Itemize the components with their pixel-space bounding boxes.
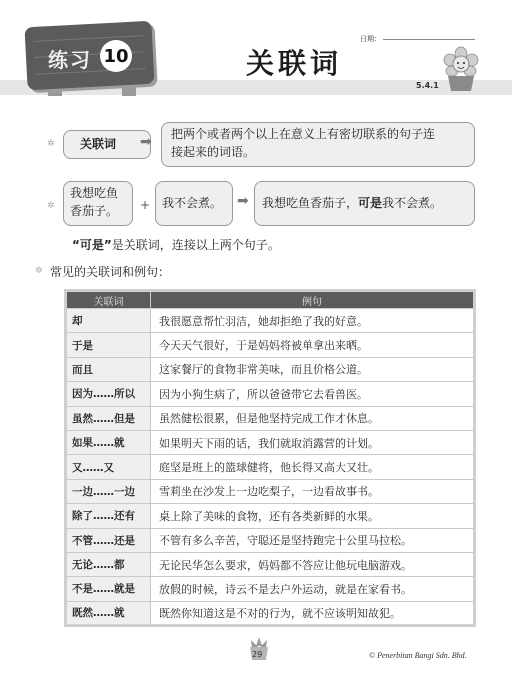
keyword-cell: 无论……都 <box>66 552 151 576</box>
example-cell: 放假的时候，诗云不是去户外运动，就是在家看书。 <box>151 577 475 601</box>
definition-line-1: 把两个或者两个以上在意义上有密切联系的句子连 <box>171 125 435 143</box>
syllabus-code: 5.4.1 <box>416 81 439 90</box>
table-row: 却我很愿意帮忙羽洁，她却拒绝了我的好意。 <box>66 309 475 333</box>
example-cell: 无论民华怎么要求，妈妈都不答应让他玩电脑游戏。 <box>151 552 475 576</box>
keyword-cell: 不管……还是 <box>66 528 151 552</box>
page-title: 关联词 <box>246 42 342 82</box>
table-row: 不是……就是放假的时候，诗云不是去户外运动，就是在家看书。 <box>66 577 475 601</box>
keyword-cell: 除了……还有 <box>66 504 151 528</box>
example-cell: 庭坚是班上的篮球健将，他长得又高大又壮。 <box>151 455 475 479</box>
definition-line-2: 接起来的词语。 <box>171 143 255 161</box>
bullet-icon: ✲ <box>47 201 55 211</box>
example-result: 我想吃鱼香茄子，可是我不会煮。 <box>262 194 442 212</box>
example-cell: 雪莉坐在沙发上一边吃梨子，一边看故事书。 <box>151 479 475 503</box>
example-cell: 如果明天下雨的话，我们就取消露营的计划。 <box>151 430 475 454</box>
table-row: 既然……就既然你知道这是不对的行为，就不应该明知故犯。 <box>66 601 475 625</box>
keyword-cell: 又……又 <box>66 455 151 479</box>
plus-sign: + <box>140 198 150 212</box>
conjunction-table: 关联词 例句 却我很愿意帮忙羽洁，她却拒绝了我的好意。 于是今天天气很好，于是妈… <box>64 289 476 627</box>
example-cell: 今天天气很好，于是妈妈将被单拿出来晒。 <box>151 333 475 357</box>
table-row: 除了……还有桌上除了美味的食物，还有各类新鲜的水果。 <box>66 504 475 528</box>
keyword-cell: 如果……就 <box>66 430 151 454</box>
keyword-cell: 于是 <box>66 333 151 357</box>
bullet-icon: ✲ <box>35 266 43 276</box>
note-keyword: “可是” <box>72 238 112 252</box>
section-heading: 常见的关联词和例句： <box>50 263 170 280</box>
table-row: 而且这家餐厅的食物非常美味，而且价格公道。 <box>66 357 475 381</box>
page-number: 29 <box>252 650 262 659</box>
explanation-note: “可是”是关联词，连接以上两个句子。 <box>72 236 280 253</box>
keyword-cell: 不是……就是 <box>66 577 151 601</box>
table-row: 如果……就如果明天下雨的话，我们就取消露营的计划。 <box>66 430 475 454</box>
result-text-after: 我不会煮。 <box>382 196 442 210</box>
example-cell: 我很愿意帮忙羽洁，她却拒绝了我的好意。 <box>151 309 475 333</box>
keyword-cell: 因为……所以 <box>66 382 151 406</box>
keyword-cell: 虽然……但是 <box>66 406 151 430</box>
exercise-number: 10 <box>100 40 132 72</box>
example-cell: 这家餐厅的食物非常美味，而且价格公道。 <box>151 357 475 381</box>
example-cell: 既然你知道这是不对的行为，就不应该明知故犯。 <box>151 601 475 625</box>
example-part2: 我不会煮。 <box>162 194 222 212</box>
table-row: 又……又庭坚是班上的篮球健将，他长得又高大又壮。 <box>66 455 475 479</box>
example-part1-line2: 香茄子。 <box>70 202 118 220</box>
example-part1-line1: 我想吃鱼 <box>70 184 118 202</box>
keyword-cell: 一边……一边 <box>66 479 151 503</box>
bullet-icon: ✲ <box>47 139 55 149</box>
term-label: 关联词 <box>80 135 116 153</box>
keyword-cell: 却 <box>66 309 151 333</box>
result-text-before: 我想吃鱼香茄子， <box>262 196 358 210</box>
table-row: 因为……所以因为小狗生病了，所以爸爸带它去看兽医。 <box>66 382 475 406</box>
example-cell: 因为小狗生病了，所以爸爸带它去看兽医。 <box>151 382 475 406</box>
date-field[interactable] <box>383 39 475 40</box>
flower-mascot-icon <box>440 46 482 92</box>
column-header-keyword: 关联词 <box>66 291 151 309</box>
table-row: 虽然……但是虽然健松很累，但是他坚持完成工作才休息。 <box>66 406 475 430</box>
example-cell: 虽然健松很累，但是他坚持完成工作才休息。 <box>151 406 475 430</box>
result-keyword: 可是 <box>358 196 382 210</box>
table-row: 无论……都无论民华怎么要求，妈妈都不答应让他玩电脑游戏。 <box>66 552 475 576</box>
table-row: 于是今天天气很好，于是妈妈将被单拿出来晒。 <box>66 333 475 357</box>
exercise-label: 练习 <box>48 44 92 73</box>
note-text: 是关联词，连接以上两个句子。 <box>112 238 280 252</box>
copyright-text: © Penerbitan Bangi Sdn. Bhd. <box>369 651 467 660</box>
table-row: 一边……一边雪莉坐在沙发上一边吃梨子，一边看故事书。 <box>66 479 475 503</box>
column-header-example: 例句 <box>151 291 475 309</box>
arrow-icon: ➡ <box>237 193 249 209</box>
table-row: 不管……还是不管有多么辛苦，守聪还是坚持跑完十公里马拉松。 <box>66 528 475 552</box>
keyword-cell: 既然……就 <box>66 601 151 625</box>
date-label: 日期： <box>360 34 381 44</box>
keyword-cell: 而且 <box>66 357 151 381</box>
table-header-row: 关联词 例句 <box>66 291 475 309</box>
example-cell: 桌上除了美味的食物，还有各类新鲜的水果。 <box>151 504 475 528</box>
arrow-icon: ➡ <box>140 134 152 150</box>
example-cell: 不管有多么辛苦，守聪还是坚持跑完十公里马拉松。 <box>151 528 475 552</box>
